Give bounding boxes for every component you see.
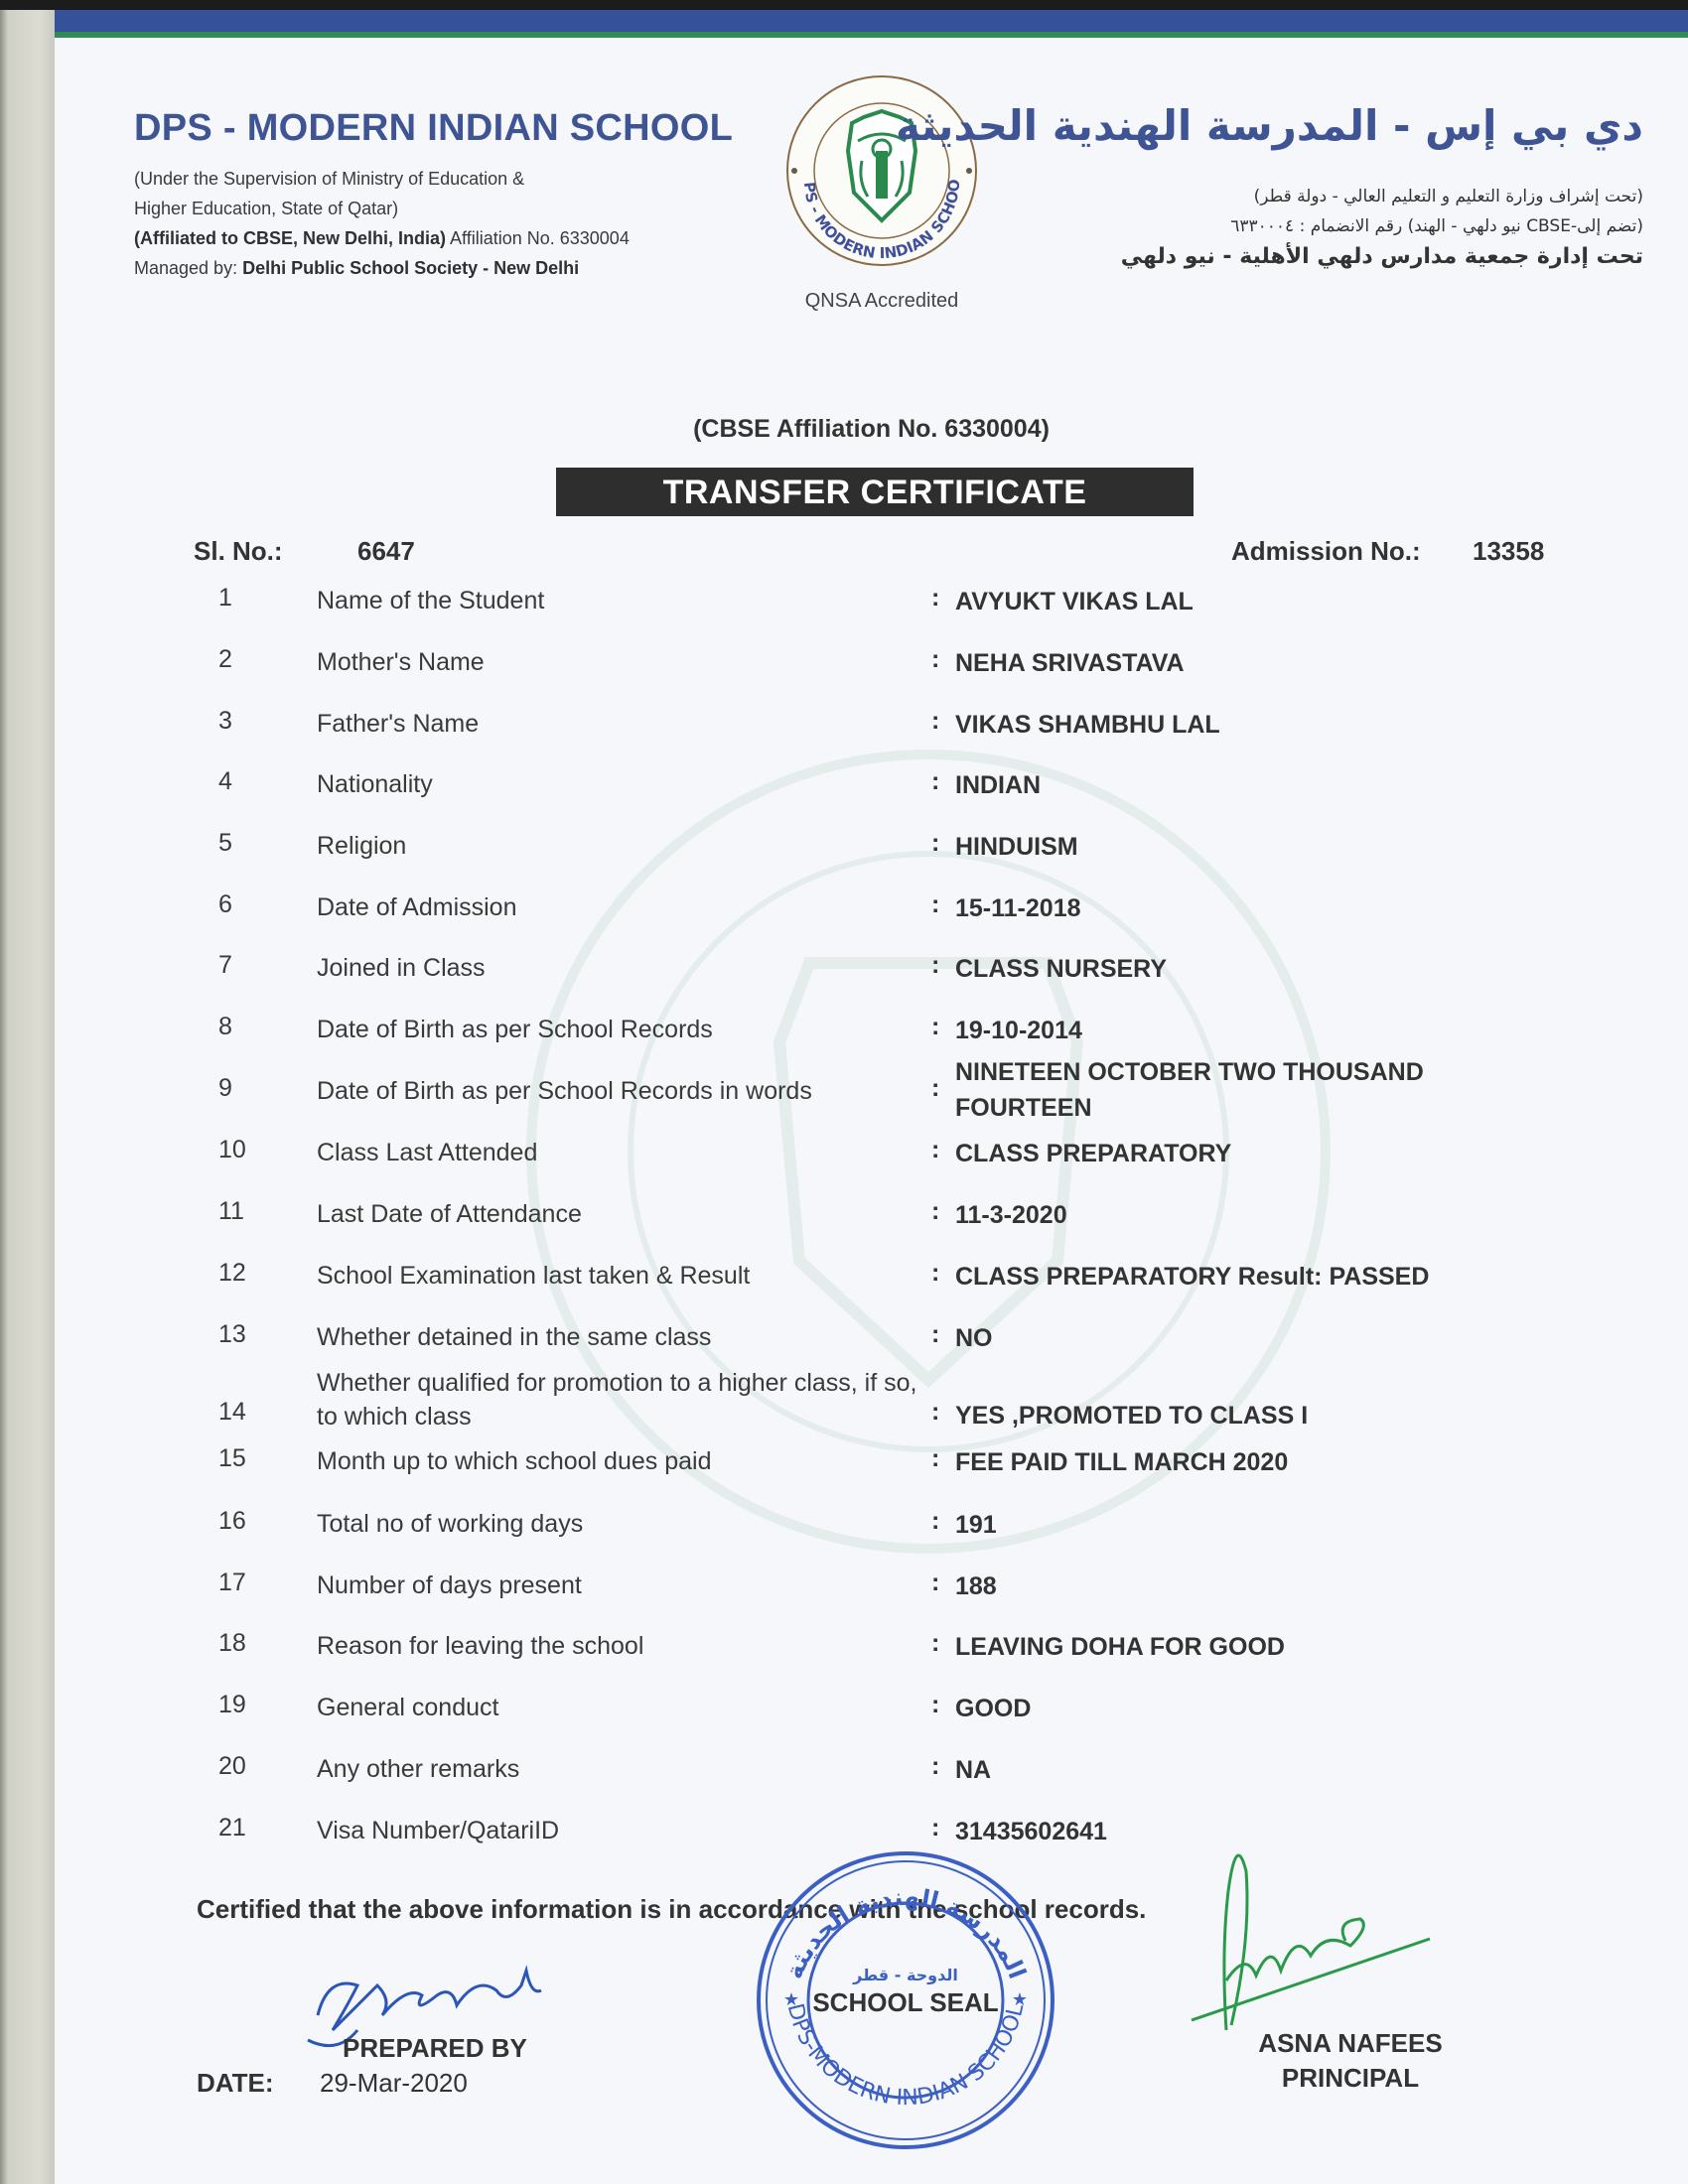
- field-value: 188: [955, 1569, 1650, 1604]
- affiliation-number: Affiliation No. 6330004: [446, 228, 630, 248]
- field-colon: :: [931, 1013, 939, 1041]
- field-colon: :: [931, 1136, 939, 1164]
- field-row: 11Last Date of Attendance:11-3-2020: [55, 1197, 1688, 1257]
- field-row: 5Religion:HINDUISM: [55, 829, 1688, 888]
- field-label: Reason for leaving the school: [317, 1629, 972, 1663]
- principal-signature: [1177, 1832, 1494, 2040]
- field-row: 16Total no of working days:191: [55, 1507, 1688, 1567]
- field-colon: :: [931, 1569, 939, 1597]
- field-label: Visa Number/QatariID: [317, 1814, 972, 1847]
- arabic-line-3: تحت إدارة جمعية مدارس دلهي الأهلية - نيو…: [1121, 244, 1643, 269]
- field-colon: :: [931, 1814, 939, 1843]
- field-value: CLASS NURSERY: [955, 951, 1650, 987]
- admission-number-label: Admission No.:: [1231, 536, 1421, 567]
- field-label: Number of days present: [317, 1569, 972, 1602]
- field-value: CLASS PREPARATORY: [955, 1136, 1650, 1171]
- field-number: 13: [218, 1320, 258, 1349]
- field-label: Class Last Attended: [317, 1136, 972, 1169]
- field-value: GOOD: [955, 1691, 1650, 1726]
- supervision-line-1: (Under the Supervision of Ministry of Ed…: [134, 169, 524, 190]
- serial-number-label: Sl. No.:: [194, 536, 283, 567]
- field-number: 14: [218, 1398, 258, 1427]
- field-colon: :: [931, 1074, 939, 1103]
- field-number: 12: [218, 1259, 258, 1288]
- header-band-blue: [55, 10, 1688, 32]
- date-label: DATE:: [197, 2068, 274, 2099]
- field-number: 2: [218, 645, 258, 674]
- field-number: 16: [218, 1507, 258, 1536]
- school-name-ar: دي بي إس - المدرسة الهندية الحديثة: [896, 101, 1643, 150]
- managed-value: Delhi Public School Society - New Delhi: [242, 258, 579, 278]
- field-value: 19-10-2014: [955, 1013, 1650, 1048]
- field-label: Father's Name: [317, 707, 972, 741]
- field-row: 9Date of Birth as per School Records in …: [55, 1074, 1688, 1134]
- field-row: 20Any other remarks:NA: [55, 1752, 1688, 1812]
- field-row: 7Joined in Class:CLASS NURSERY: [55, 951, 1688, 1011]
- field-value: CLASS PREPARATORY Result: PASSED: [955, 1259, 1650, 1295]
- field-colon: :: [931, 951, 939, 980]
- field-number: 11: [218, 1197, 258, 1226]
- field-number: 20: [218, 1752, 258, 1781]
- certificate-title: TRANSFER CERTIFICATE: [556, 468, 1194, 516]
- field-number: 5: [218, 829, 258, 858]
- field-number: 1: [218, 584, 258, 613]
- field-number: 4: [218, 767, 258, 796]
- field-colon: :: [931, 1752, 939, 1781]
- certificate-page: DPS - MODERN INDIAN SCHOOL (Under the Su…: [55, 10, 1688, 2184]
- field-number: 7: [218, 951, 258, 980]
- field-label: Date of Admission: [317, 890, 972, 924]
- header-band-green: [55, 32, 1688, 38]
- field-row: 14Whether qualified for promotion to a h…: [55, 1382, 1688, 1441]
- field-number: 21: [218, 1814, 258, 1843]
- field-colon: :: [931, 890, 939, 919]
- scan-left-edge: [0, 10, 55, 2184]
- field-value: NINETEEN OCTOBER TWO THOUSAND FOURTEEN: [955, 1054, 1511, 1126]
- field-label: Month up to which school dues paid: [317, 1444, 972, 1478]
- date-value: 29-Mar-2020: [320, 2068, 468, 2099]
- accreditation-label: QNSA Accredited: [782, 290, 981, 313]
- field-value: NA: [955, 1752, 1650, 1788]
- field-value: LEAVING DOHA FOR GOOD: [955, 1629, 1650, 1665]
- field-row: 18Reason for leaving the school:LEAVING …: [55, 1629, 1688, 1689]
- field-value: 11-3-2020: [955, 1197, 1650, 1233]
- field-row: 6Date of Admission:15-11-2018: [55, 890, 1688, 950]
- field-row: 2Mother's Name:NEHA SRIVASTAVA: [55, 645, 1688, 705]
- field-number: 19: [218, 1691, 258, 1719]
- cbse-affiliation-line: (CBSE Affiliation No. 6330004): [55, 415, 1688, 444]
- field-value: NO: [955, 1320, 1650, 1356]
- field-number: 8: [218, 1013, 258, 1041]
- field-label: Whether detained in the same class: [317, 1320, 972, 1354]
- field-colon: :: [931, 707, 939, 736]
- field-value: FEE PAID TILL MARCH 2020: [955, 1444, 1650, 1480]
- field-row: 3Father's Name:VIKAS SHAMBHU LAL: [55, 707, 1688, 766]
- field-label: Date of Birth as per School Records: [317, 1013, 972, 1046]
- field-value: 191: [955, 1507, 1650, 1543]
- arabic-line-1: (تحت إشراف وزارة التعليم و التعليم العال…: [1254, 187, 1643, 206]
- seal-city-ar: الدوحة - قطر: [852, 1966, 958, 1984]
- field-value: AVYUKT VIKAS LAL: [955, 584, 1650, 619]
- admission-number-value: 13358: [1473, 536, 1544, 567]
- field-colon: :: [931, 1259, 939, 1288]
- field-colon: :: [931, 1197, 939, 1226]
- field-number: 6: [218, 890, 258, 919]
- field-label: Last Date of Attendance: [317, 1197, 972, 1231]
- field-number: 18: [218, 1629, 258, 1658]
- field-colon: :: [931, 1507, 939, 1536]
- field-number: 3: [218, 707, 258, 736]
- field-colon: :: [931, 1629, 939, 1658]
- field-colon: :: [931, 645, 939, 674]
- field-label: Total no of working days: [317, 1507, 972, 1541]
- field-value: 15-11-2018: [955, 890, 1650, 926]
- field-row: 12School Examination last taken & Result…: [55, 1259, 1688, 1318]
- school-name-en: DPS - MODERN INDIAN SCHOOL: [134, 107, 733, 150]
- managed-by-line: Managed by: Delhi Public School Society …: [134, 258, 579, 279]
- field-label: Joined in Class: [317, 951, 972, 985]
- field-value: NEHA SRIVASTAVA: [955, 645, 1650, 681]
- field-label: Date of Birth as per School Records in w…: [317, 1074, 972, 1108]
- field-colon: :: [931, 767, 939, 796]
- arabic-line-2: (تضم إلى-CBSE نيو دلهي - الهند) رقم الان…: [1230, 216, 1643, 236]
- field-colon: :: [931, 1320, 939, 1349]
- field-number: 9: [218, 1074, 258, 1103]
- field-row: 1Name of the Student:AVYUKT VIKAS LAL: [55, 584, 1688, 643]
- principal-title: PRINCIPAL: [1231, 2063, 1470, 2094]
- prepared-by-label: PREPARED BY: [343, 2033, 527, 2064]
- field-row: 10Class Last Attended:CLASS PREPARATORY: [55, 1136, 1688, 1195]
- school-seal-label: SCHOOL SEAL: [786, 1987, 1025, 2018]
- field-row: 15Month up to which school dues paid:FEE…: [55, 1444, 1688, 1504]
- field-value: HINDUISM: [955, 829, 1650, 865]
- affiliation-line: (Affiliated to CBSE, New Delhi, India) A…: [134, 228, 630, 249]
- field-row: 19General conduct:GOOD: [55, 1691, 1688, 1750]
- field-colon: :: [931, 1444, 939, 1473]
- field-label: School Examination last taken & Result: [317, 1259, 972, 1293]
- field-row: 4Nationality:INDIAN: [55, 767, 1688, 827]
- field-label: Nationality: [317, 767, 972, 801]
- field-colon: :: [931, 1691, 939, 1719]
- field-value: YES ,PROMOTED TO CLASS I: [955, 1398, 1650, 1433]
- field-label: Any other remarks: [317, 1752, 972, 1786]
- field-number: 17: [218, 1569, 258, 1597]
- field-number: 15: [218, 1444, 258, 1473]
- field-colon: :: [931, 829, 939, 858]
- field-colon: :: [931, 1398, 939, 1427]
- field-label: General conduct: [317, 1691, 972, 1724]
- field-value: INDIAN: [955, 767, 1650, 803]
- field-row: 17Number of days present:188: [55, 1569, 1688, 1628]
- field-label: Mother's Name: [317, 645, 972, 679]
- field-label: Religion: [317, 829, 972, 863]
- field-number: 10: [218, 1136, 258, 1164]
- serial-number-value: 6647: [357, 536, 415, 567]
- field-label: Name of the Student: [317, 584, 972, 617]
- scan-top-edge: [0, 0, 1688, 10]
- principal-name: ASNA NAFEES: [1231, 2028, 1470, 2059]
- field-label: Whether qualified for promotion to a hig…: [317, 1366, 932, 1433]
- affiliation-bold: (Affiliated to CBSE, New Delhi, India): [134, 228, 446, 248]
- managed-label: Managed by:: [134, 258, 242, 278]
- field-value: VIKAS SHAMBHU LAL: [955, 707, 1650, 743]
- supervision-line-2: Higher Education, State of Qatar): [134, 199, 398, 219]
- field-colon: :: [931, 584, 939, 613]
